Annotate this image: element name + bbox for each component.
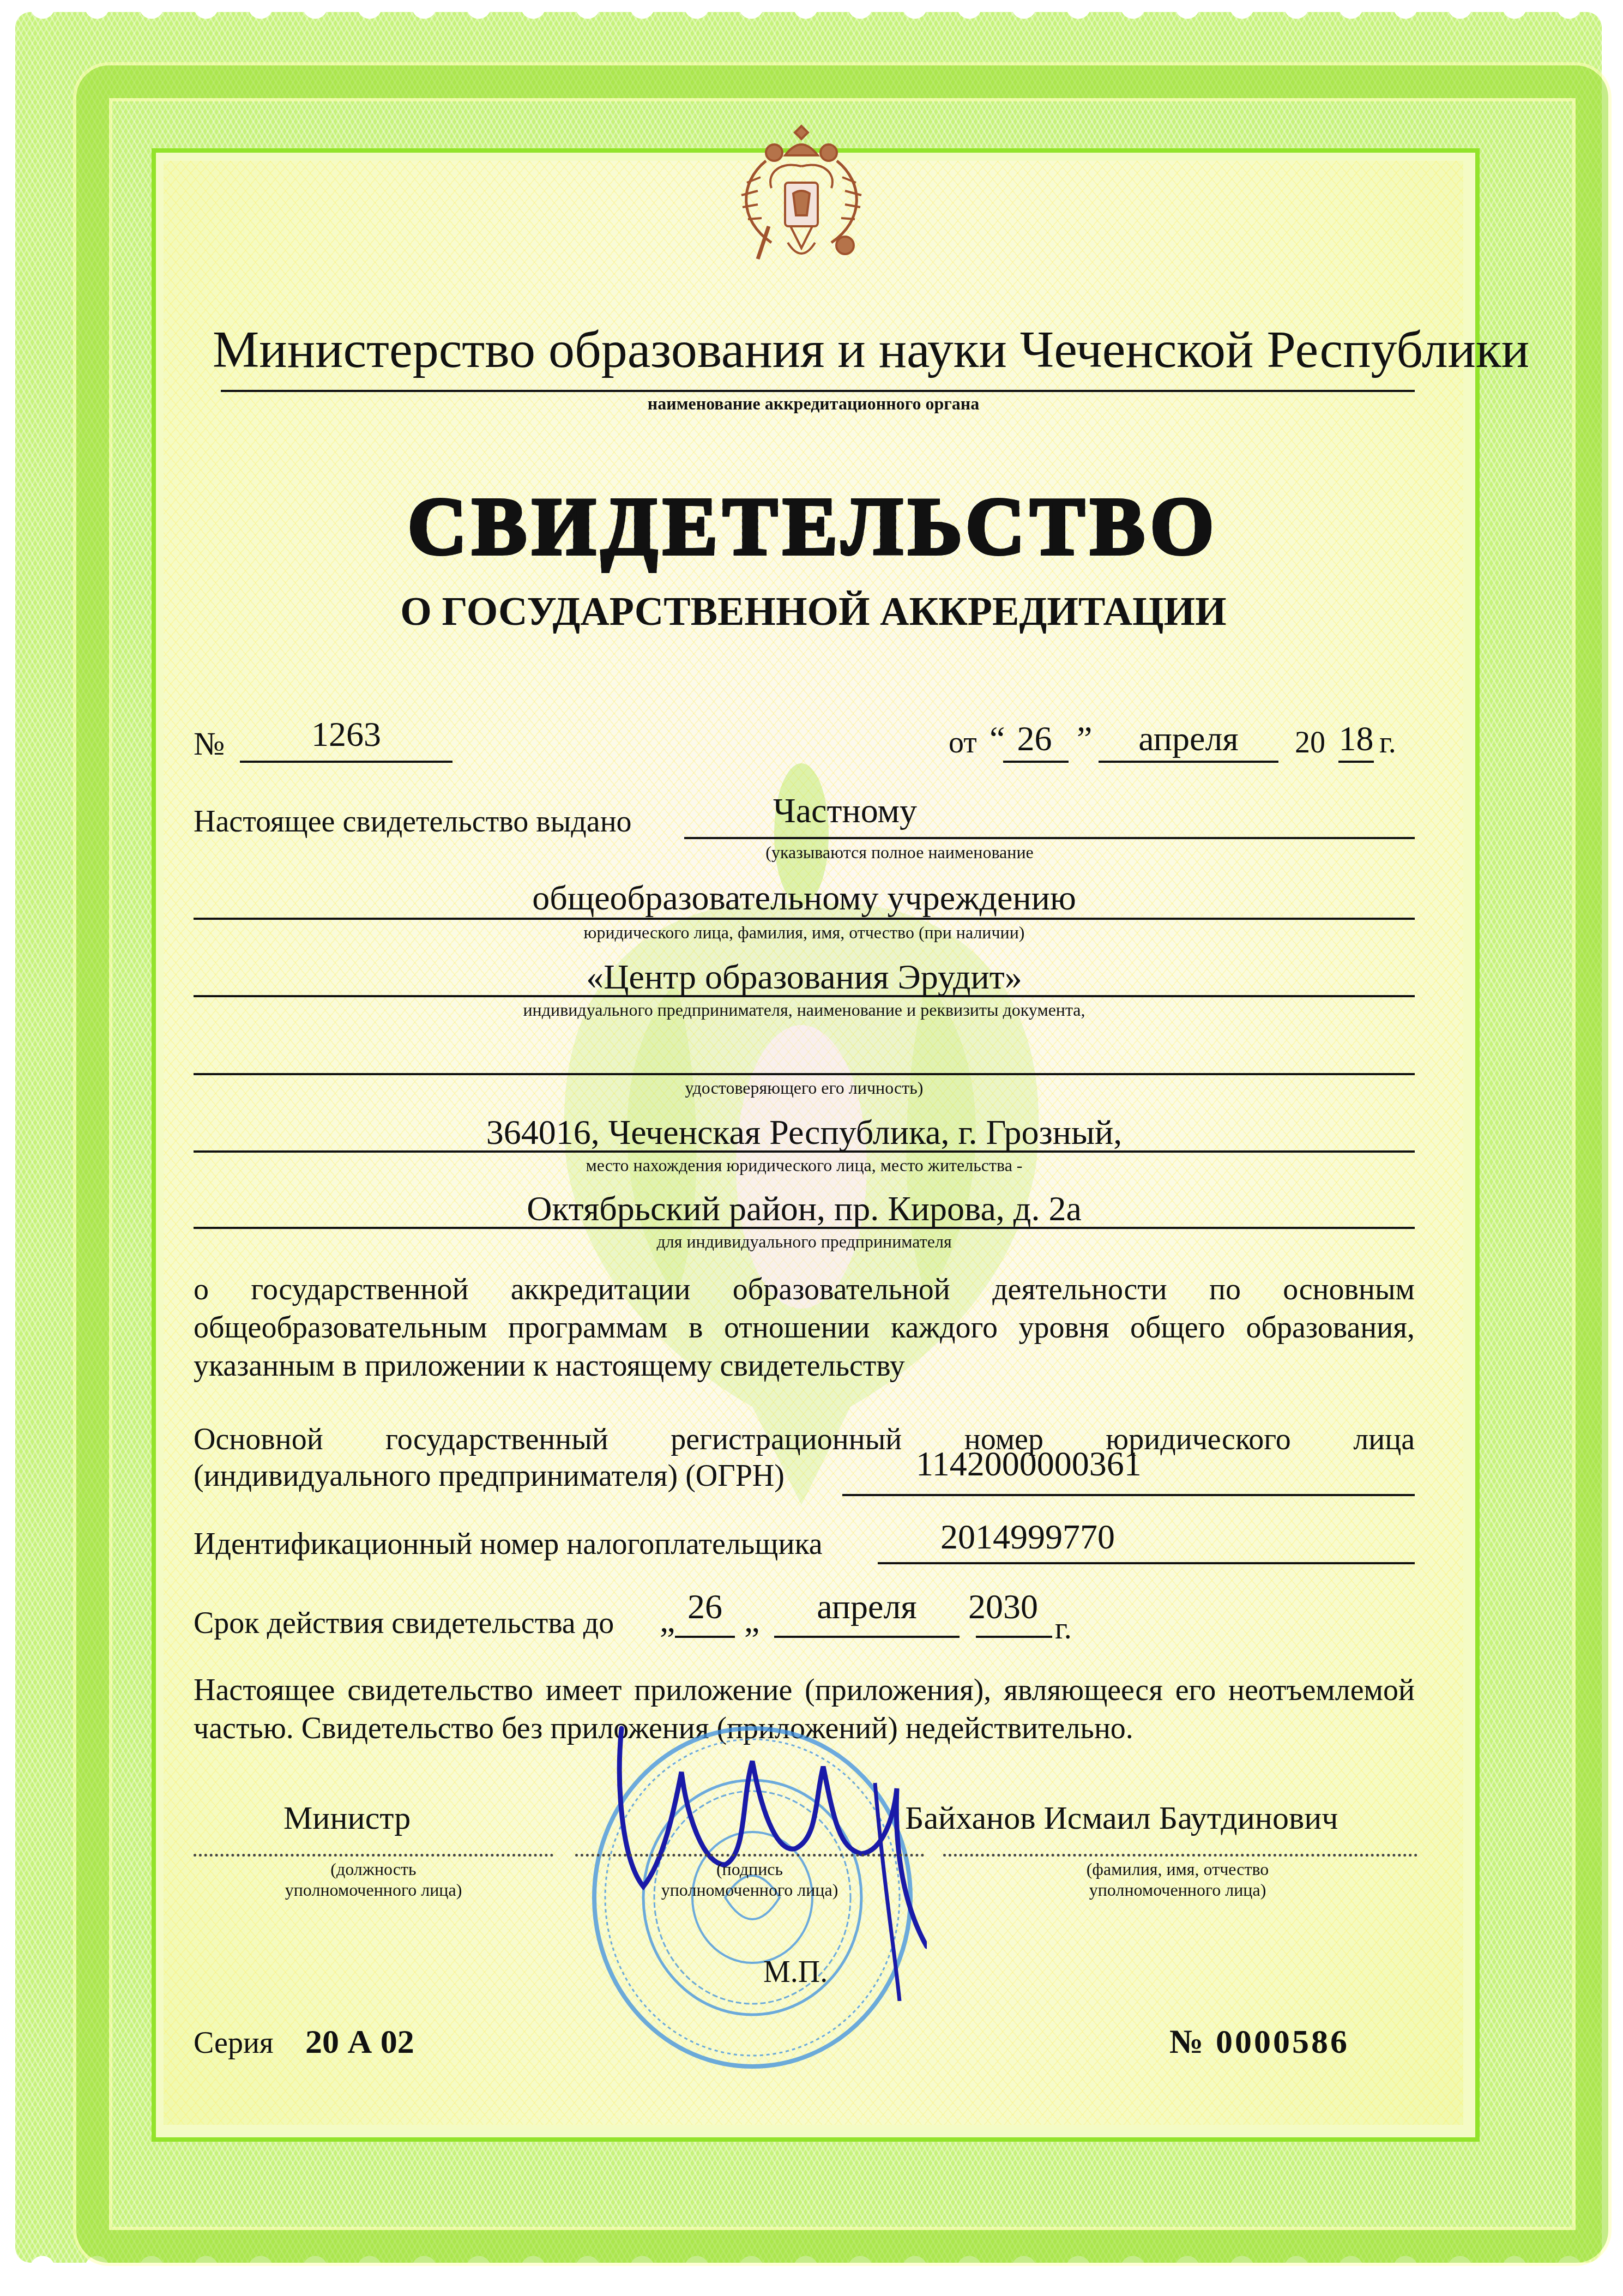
authority-underline bbox=[221, 390, 1415, 392]
year-underline bbox=[1338, 761, 1374, 763]
issued-to-caption-2: юридического лица, фамилия, имя, отчеств… bbox=[194, 923, 1415, 943]
name-caption-2: уполномоченного лица) bbox=[943, 1880, 1412, 1900]
seal-place-mark: М.П. bbox=[763, 1955, 828, 1990]
validity-close-quote: „ bbox=[744, 1600, 759, 1641]
issued-to-underline-2 bbox=[194, 918, 1415, 920]
authority-caption: наименование аккредитационного органа bbox=[164, 394, 1463, 414]
issued-to-line-1: Частному bbox=[681, 791, 1009, 831]
series-value: 20 А 02 bbox=[305, 2023, 414, 2062]
number-label: № bbox=[194, 725, 225, 763]
name-line bbox=[943, 1854, 1417, 1857]
name-caption-1: (фамилия, имя, отчество bbox=[943, 1859, 1412, 1879]
certificate-number: 1263 bbox=[240, 714, 452, 755]
validity-year: 2030 bbox=[965, 1587, 1041, 1627]
issued-to-underline-4 bbox=[194, 1073, 1415, 1075]
scope-paragraph: о государственной аккредитации образоват… bbox=[194, 1270, 1415, 1385]
address-underline-2 bbox=[194, 1227, 1415, 1229]
year-prefix: 20 bbox=[1295, 725, 1325, 760]
issued-to-label: Настоящее свидетельство выдано bbox=[194, 804, 632, 839]
blank-number-label: № bbox=[1169, 2023, 1203, 2062]
position-caption-2: уполномоченного лица) bbox=[194, 1880, 553, 1900]
number-underline bbox=[240, 761, 452, 763]
validity-month-underline bbox=[774, 1636, 960, 1638]
date-prefix: от bbox=[949, 725, 977, 760]
signature-caption-1: (подпись bbox=[575, 1859, 924, 1879]
validity-month: апреля bbox=[774, 1587, 960, 1627]
issued-to-underline-3 bbox=[194, 995, 1415, 997]
issued-to-line-2: общеобразовательному учреждению bbox=[194, 878, 1415, 918]
issued-to-caption-3: индивидуального предпринимателя, наимено… bbox=[194, 1000, 1415, 1020]
address-caption-2: для индивидуального предпринимателя bbox=[194, 1232, 1415, 1252]
ogrn-underline bbox=[842, 1494, 1415, 1496]
ogrn-label-line-2: (индивидуального предпринимателя) (ОГРН) bbox=[194, 1459, 785, 1493]
position-caption-1: (должность bbox=[194, 1859, 553, 1879]
day-underline bbox=[1003, 761, 1069, 763]
month-underline bbox=[1099, 761, 1278, 763]
inn-label: Идентификационный номер налогоплательщик… bbox=[194, 1527, 823, 1562]
issued-to-line-3: «Центр образования Эрудит» bbox=[194, 957, 1415, 997]
document-title: СВИДЕТЕЛЬСТВО bbox=[164, 480, 1463, 574]
signatory-position: Министр bbox=[283, 1799, 411, 1837]
signatory-name: Байханов Исмаил Баутдинович bbox=[905, 1799, 1338, 1837]
document-subtitle: О ГОСУДАРСТВЕННОЙ АККРЕДИТАЦИИ bbox=[164, 589, 1463, 635]
inn-value: 2014999770 bbox=[878, 1517, 1322, 1557]
year-unit: г. bbox=[1379, 725, 1396, 760]
issued-to-caption-4: удостоверяющего его личность) bbox=[194, 1078, 1415, 1098]
validity-year-unit: г. bbox=[1055, 1611, 1072, 1646]
signature-line bbox=[575, 1854, 924, 1857]
address-line-1: 364016, Чеченская Республика, г. Грозный… bbox=[194, 1112, 1415, 1153]
validity-year-underline bbox=[976, 1636, 1052, 1638]
issue-day: 26 bbox=[1000, 719, 1069, 759]
validity-day-underline bbox=[675, 1636, 735, 1638]
signature-caption-2: уполномоченного лица) bbox=[575, 1880, 924, 1900]
series-label: Серия bbox=[194, 2026, 274, 2060]
validity-label: Срок действия свидетельства до bbox=[194, 1606, 614, 1641]
accreditation-authority-name: Министерство образования и науки Чеченск… bbox=[213, 319, 1417, 379]
blank-number: 0000586 bbox=[1216, 2023, 1349, 2062]
position-line bbox=[194, 1854, 553, 1857]
issued-to-caption-1: (указываются полное наименование bbox=[681, 842, 1118, 863]
address-underline-1 bbox=[194, 1150, 1415, 1153]
inn-underline bbox=[878, 1562, 1415, 1564]
issue-year-suffix: 18 bbox=[1336, 719, 1377, 759]
russian-coat-of-arms-icon bbox=[728, 117, 875, 281]
address-caption-1: место нахождения юридического лица, мест… bbox=[194, 1155, 1415, 1176]
issued-to-underline-1 bbox=[684, 837, 1415, 839]
issue-month: апреля bbox=[1099, 719, 1278, 759]
close-quote: ” bbox=[1077, 719, 1092, 759]
validity-open-quote: „ bbox=[660, 1600, 675, 1641]
validity-day: 26 bbox=[675, 1587, 735, 1627]
address-line-2: Октябрьский район, пр. Кирова, д. 2а bbox=[194, 1189, 1415, 1229]
ogrn-value: 1142000000361 bbox=[840, 1444, 1330, 1484]
